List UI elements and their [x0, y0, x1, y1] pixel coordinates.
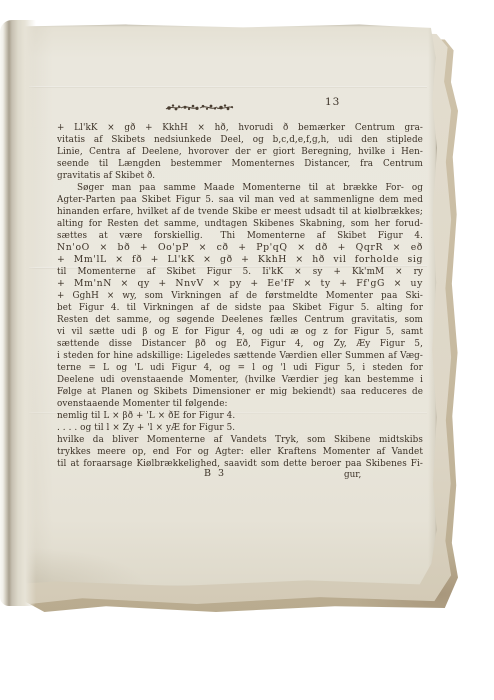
- text-line: . . . . og til l × Zy + 'l × yÆ for Figu…: [57, 422, 423, 434]
- text-line: + GghH × wy, som Virkningen af de førstm…: [57, 290, 423, 302]
- text-line: seende til Længden bestemmer Momenternes…: [57, 158, 423, 170]
- text-line: hinanden erfare, hvilket af de tvende Sk…: [57, 206, 423, 218]
- text-line: Søger man paa samme Maade Momenterne til…: [57, 182, 423, 194]
- text-line: Linie, Centra af Deelene, hvorover der e…: [57, 146, 423, 158]
- book-page: 13 + Ll'kK × gð + KkhH × hð, hvorudi ð b…: [5, 24, 437, 586]
- text-line: sættes at være forskiellig. Thi Momenter…: [57, 230, 423, 242]
- signature-mark: B 3: [204, 468, 226, 479]
- paper-crease: [29, 86, 427, 88]
- text-line: til Momenterne af Skibet Figur 5. Ii'kK …: [57, 266, 423, 278]
- text-line: + Ll'kK × gð + KkhH × hð, hvorudi ð bemæ…: [57, 122, 423, 134]
- text-line: Deelene udi ovenstaaende Momenter, (hvil…: [57, 374, 423, 386]
- catchword: gur,: [344, 470, 361, 480]
- text-line: nemlig til L × βð + 'L × ðE for Figur 4.: [57, 410, 423, 422]
- photo-background: 13 + Ll'kK × gð + KkhH × hð, hvorudi ð b…: [0, 0, 494, 700]
- text-line: alting for Resten det samme, undtagen Sk…: [57, 218, 423, 230]
- text-line: trykkes meere op, end For og Agter: elle…: [57, 446, 423, 458]
- text-block: + Ll'kK × gð + KkhH × hð, hvorudi ð bemæ…: [57, 122, 423, 470]
- text-line: gravitatis af Skibet ð.: [57, 170, 423, 182]
- text-line: Følge at Planen og Skibets Dimensioner e…: [57, 386, 423, 398]
- text-line: + Mm'lL × fð + Ll'kK × gð + KkhH × hð vi…: [57, 254, 423, 266]
- text-line: Resten det samme, og søgende Deelenes fæ…: [57, 314, 423, 326]
- text-line: til at foraarsage Kiølbrækkelighed, saav…: [57, 458, 423, 470]
- text-line: vi vil sætte udi β og E for Figur 4, og …: [57, 326, 423, 338]
- text-line: i steden for hine adskillige: Ligeledes …: [57, 350, 423, 362]
- text-line: sættende disse Distancer βð og Eð, Figur…: [57, 338, 423, 350]
- text-line: hvilke da bliver Momenterne af Vandets T…: [57, 434, 423, 446]
- spine-gutter: [0, 20, 36, 606]
- text-line: Agter-Parten paa Skibet Figur 5. saa vil…: [57, 194, 423, 206]
- text-line: bet Figur 4. til Virkningen af de sidste…: [57, 302, 423, 314]
- text-line: vitatis af Skibets nedsiunkede Deel, og …: [57, 134, 423, 146]
- text-line: + Mm'nN × qy + NnvV × py + Ee'fF × ty + …: [57, 278, 423, 290]
- text-line: Nn'oO × bð + Oo'pP × cð + Pp'qQ × dð + Q…: [57, 242, 423, 254]
- headpiece-ornament-icon: [163, 100, 235, 114]
- text-line: ovenstaaende Momenter til følgende:: [57, 398, 423, 410]
- text-line: terne = L og 'L udi Figur 4, og = l og '…: [57, 362, 423, 374]
- page-number: 13: [325, 96, 340, 108]
